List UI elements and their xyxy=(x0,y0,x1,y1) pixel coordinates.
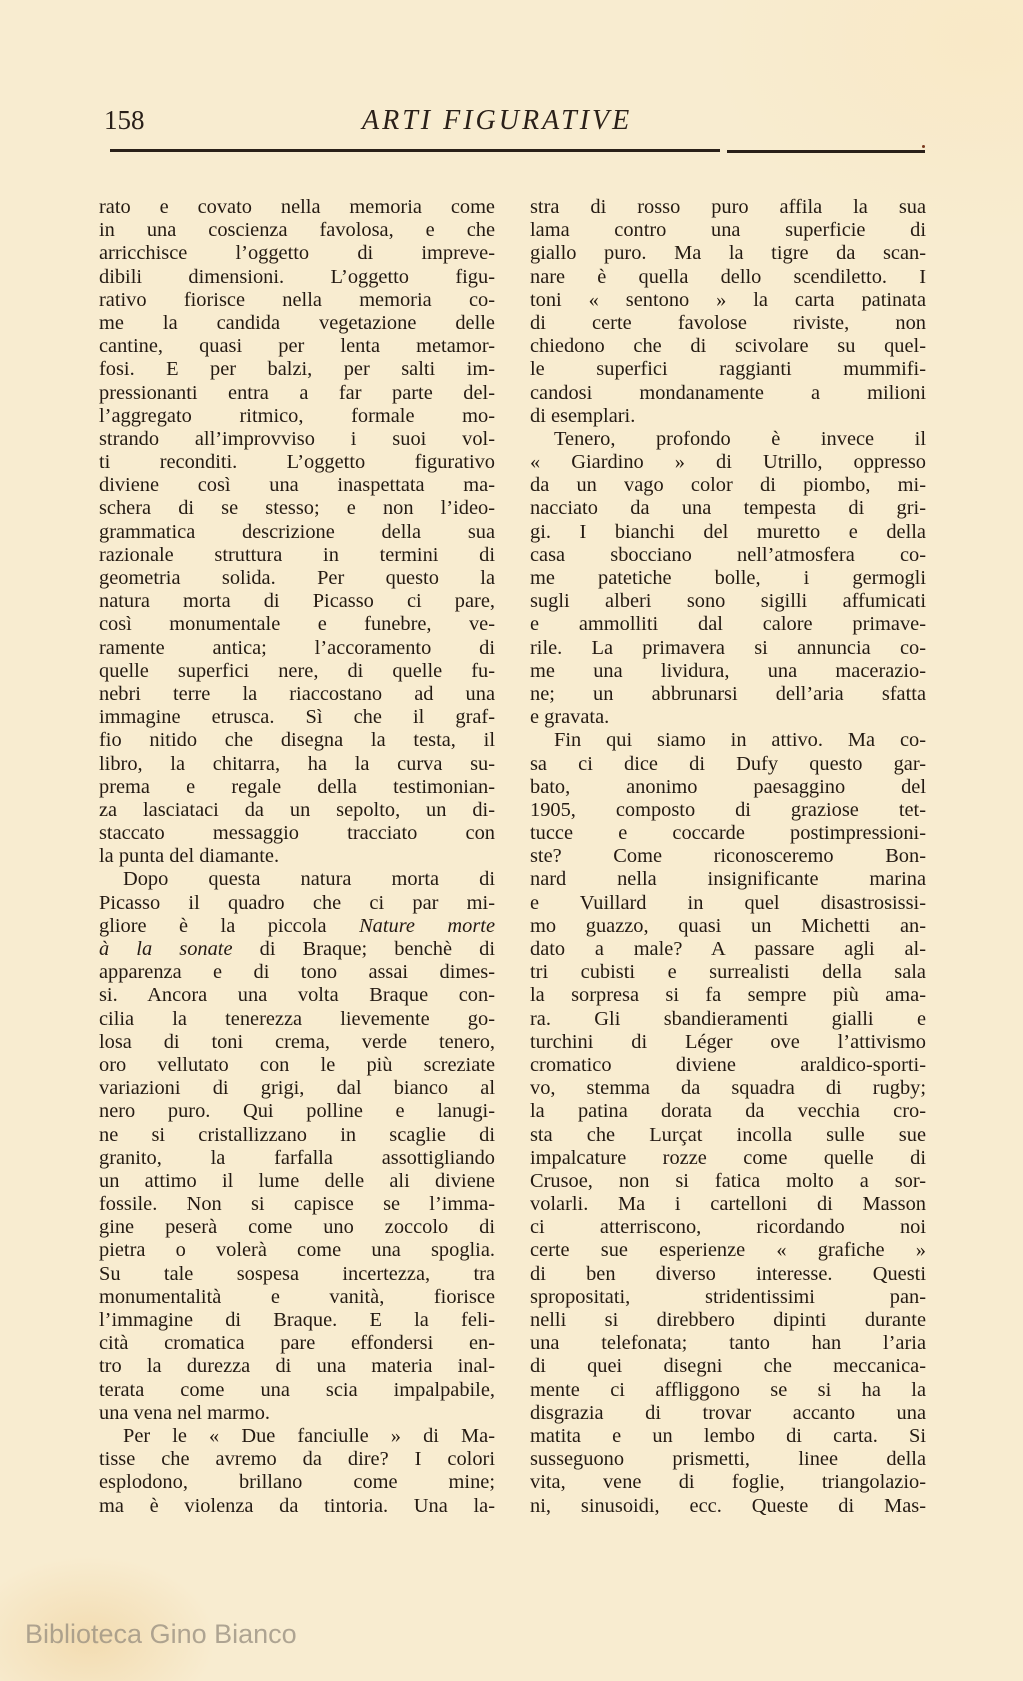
text-span: gliore è la piccola xyxy=(99,915,359,937)
library-watermark: Biblioteca Gino Bianco xyxy=(25,1619,297,1650)
text-line: monumentalità e vanità, fiorisce xyxy=(99,1286,495,1309)
text-line: oro vellutato con le più screziate xyxy=(99,1054,495,1077)
paragraph-start: Per le « Due fanciulle » di Ma- xyxy=(99,1425,495,1448)
header-rule-right xyxy=(727,150,925,153)
text-line: pietra o volerà come una spoglia. xyxy=(99,1239,495,1262)
text-line: staccato messaggio tracciato con xyxy=(99,822,495,845)
page-header: 158 ARTI FIGURATIVE xyxy=(104,103,930,143)
text-line: disgrazia di trovar accanto una xyxy=(530,1402,926,1425)
text-line: impalcature rozze come quelle di xyxy=(530,1147,926,1170)
text-line: un attimo il lume delle ali diviene xyxy=(99,1170,495,1193)
text-line: e Vuillard in quel disastrosissi- xyxy=(530,892,926,915)
text-line: volarli. Ma i cartelloni di Masson xyxy=(530,1193,926,1216)
text-line: pressionanti entra a far parte del- xyxy=(99,382,495,405)
text-line: sa ci dice di Dufy questo gar- xyxy=(530,753,926,776)
text-line: terata come una scia impalpabile, xyxy=(99,1379,495,1402)
text-line: dibili dimensioni. L’oggetto figu- xyxy=(99,266,495,289)
text-line: rativo fiorisce nella memoria co- xyxy=(99,289,495,312)
text-line: tro la durezza di una materia inal- xyxy=(99,1355,495,1378)
paragraph-start: Tenero, profondo è invece il xyxy=(530,428,926,451)
text-line: ci atterriscono, ricordando noi xyxy=(530,1216,926,1239)
text-line: nacciato da una tempesta di gri- xyxy=(530,497,926,520)
text-line: esplodono, brillano come mine; xyxy=(99,1471,495,1494)
text-line: vo, stemma da squadra di rugby; xyxy=(530,1077,926,1100)
text-line: schera di se stesso; e non l’ideo- xyxy=(99,497,495,520)
left-column: rato e covato nella memoria come in una … xyxy=(99,196,495,1518)
text-line: cilia la tenerezza lievemente go- xyxy=(99,1008,495,1031)
text-line: rile. La primavera si annuncia co- xyxy=(530,637,926,660)
text-line: la sorpresa si fa sempre più ama- xyxy=(530,984,926,1007)
paragraph-start: Fin qui siamo in attivo. Ma co- xyxy=(530,729,926,752)
text-line: cantine, quasi per lenta metamor- xyxy=(99,335,495,358)
header-rule xyxy=(110,149,720,152)
text-line: toni « sentono » la carta patinata xyxy=(530,289,926,312)
text-line: turchini di Léger ove l’attivismo xyxy=(530,1031,926,1054)
text-line: susseguono prismetti, linee della xyxy=(530,1448,926,1471)
text-line: natura morta di Picasso ci pare, xyxy=(99,590,495,613)
artwork-title-italic: à la sonate xyxy=(99,938,233,960)
text-line: di certe favolose riviste, non xyxy=(530,312,926,335)
text-line: chiedono che di scivolare su quel- xyxy=(530,335,926,358)
book-page: 158 ARTI FIGURATIVE rato e covato nella … xyxy=(0,0,1023,1681)
text-line: giallo puro. Ma la tigre da scan- xyxy=(530,242,926,265)
text-line: 1905, composto di graziose tet- xyxy=(530,799,926,822)
text-line: granito, la farfalla assottigliando xyxy=(99,1147,495,1170)
text-line: di esemplari. xyxy=(530,405,926,428)
text-line: ra. Gli sbandieramenti gialli e xyxy=(530,1008,926,1031)
page-number: 158 xyxy=(104,105,145,136)
text-line: di quei disegni che meccanica- xyxy=(530,1355,926,1378)
text-line: Picasso il quadro che ci par mi- xyxy=(99,892,495,915)
text-line: si. Ancora una volta Braque con- xyxy=(99,984,495,1007)
text-line: variazioni di grigi, dal bianco al xyxy=(99,1077,495,1100)
text-line: losa di toni crema, verde tenero, xyxy=(99,1031,495,1054)
text-line: immagine etrusca. Sì che il graf- xyxy=(99,706,495,729)
text-line: za lasciataci da un sepolto, un di- xyxy=(99,799,495,822)
text-line: quelle superfici nere, di quelle fu- xyxy=(99,660,495,683)
text-line: me patetiche bolle, i germogli xyxy=(530,567,926,590)
text-line: e gravata. xyxy=(530,706,926,729)
text-line: arricchisce l’oggetto di impreve- xyxy=(99,242,495,265)
text-line: la patina dorata da vecchia cro- xyxy=(530,1100,926,1123)
text-line-with-italic: gliore è la piccola Nature morte xyxy=(99,915,495,938)
text-line: fio nitido che disegna la testa, il xyxy=(99,729,495,752)
text-line: cromatico diviene araldico-sporti- xyxy=(530,1054,926,1077)
text-line: diviene così una inaspettata ma- xyxy=(99,474,495,497)
paragraph-start: Dopo questa natura morta di xyxy=(99,868,495,891)
ink-dot xyxy=(922,145,925,148)
text-line: nero puro. Qui polline e lanugi- xyxy=(99,1100,495,1123)
text-line: sugli alberi sono sigilli affumicati xyxy=(530,590,926,613)
text-line: strando all’improvviso i suoi vol- xyxy=(99,428,495,451)
text-line: tisse che avremo da dire? I colori xyxy=(99,1448,495,1471)
text-line: Crusoe, non si fatica molto a sor- xyxy=(530,1170,926,1193)
text-line: gi. I bianchi del muretto e della xyxy=(530,521,926,544)
text-line: ni, sinusoidi, ecc. Queste di Mas- xyxy=(530,1495,926,1518)
text-line: una telefonata; tanto han l’aria xyxy=(530,1332,926,1355)
text-line: razionale struttura in termini di xyxy=(99,544,495,567)
text-line: grammatica descrizione della sua xyxy=(99,521,495,544)
text-line: me la candida vegetazione delle xyxy=(99,312,495,335)
text-line: in una coscienza favolosa, e che xyxy=(99,219,495,242)
text-line: nard nella insignificante marina xyxy=(530,868,926,891)
text-line: ne si cristallizzano in scaglie di xyxy=(99,1124,495,1147)
text-line: gine peserà come uno zoccolo di xyxy=(99,1216,495,1239)
text-line: rato e covato nella memoria come xyxy=(99,196,495,219)
text-line: candosi mondanamente a milioni xyxy=(530,382,926,405)
running-title: ARTI FIGURATIVE xyxy=(362,105,632,137)
text-line: nare è quella dello scendiletto. I xyxy=(530,266,926,289)
text-line: la punta del diamante. xyxy=(99,845,495,868)
text-line: così monumentale e funebre, ve- xyxy=(99,613,495,636)
artwork-title-italic: Nature morte xyxy=(359,915,495,937)
text-line: tri cubisti e surrealisti della sala xyxy=(530,961,926,984)
text-line: cità cromatica pare effondersi en- xyxy=(99,1332,495,1355)
right-column: stra di rosso puro affila la sua lama co… xyxy=(530,196,926,1518)
text-line: di ben diverso interesse. Questi xyxy=(530,1263,926,1286)
text-line-with-italic: à la sonate di Braque; benchè di xyxy=(99,938,495,961)
text-line: ste? Come riconosceremo Bon- xyxy=(530,845,926,868)
text-line: tucce e coccarde postimpressioni- xyxy=(530,822,926,845)
text-line: lama contro una superficie di xyxy=(530,219,926,242)
text-line: nelli si direbbero dipinti durante xyxy=(530,1309,926,1332)
text-line: e ammolliti dal calore primave- xyxy=(530,613,926,636)
text-line: « Giardino » di Utrillo, oppresso xyxy=(530,451,926,474)
text-line: geometria solida. Per questo la xyxy=(99,567,495,590)
text-line: ti reconditi. L’oggetto figurativo xyxy=(99,451,495,474)
text-line: mo guazzo, quasi un Michetti an- xyxy=(530,915,926,938)
text-line: stra di rosso puro affila la sua xyxy=(530,196,926,219)
text-line: libro, la chitarra, ha la curva su- xyxy=(99,753,495,776)
text-line: prema e regale della testimonian- xyxy=(99,776,495,799)
text-line: certe sue esperienze « grafiche » xyxy=(530,1239,926,1262)
text-line: vita, vene di foglie, triangolazio- xyxy=(530,1471,926,1494)
text-line: fosi. E per balzi, per salti im- xyxy=(99,358,495,381)
text-line: sta che Lurçat incolla sulle sue xyxy=(530,1124,926,1147)
text-span: di Braque; benchè di xyxy=(233,938,495,960)
text-line: spropositati, stridentissimi pan- xyxy=(530,1286,926,1309)
text-line: ma è violenza da tintoria. Una la- xyxy=(99,1495,495,1518)
text-line: apparenza e di tono assai dimes- xyxy=(99,961,495,984)
text-line: me una lividura, una macerazio- xyxy=(530,660,926,683)
text-line: l’immagine di Braque. E la feli- xyxy=(99,1309,495,1332)
text-line: le superfici raggianti mummifi- xyxy=(530,358,926,381)
text-line: bato, anonimo paesaggino del xyxy=(530,776,926,799)
text-line: una vena nel marmo. xyxy=(99,1402,495,1425)
text-line: l’aggregato ritmico, formale mo- xyxy=(99,405,495,428)
text-line: fossile. Non si capisce se l’imma- xyxy=(99,1193,495,1216)
text-line: Su tale sospesa incertezza, tra xyxy=(99,1263,495,1286)
text-line: dato a male? A passare agli al- xyxy=(530,938,926,961)
text-line: nebri terre la riaccostano ad una xyxy=(99,683,495,706)
text-line: ramente antica; l’accoramento di xyxy=(99,637,495,660)
text-line: da un vago color di piombo, mi- xyxy=(530,474,926,497)
text-line: mente ci affliggono se si ha la xyxy=(530,1379,926,1402)
text-line: ne; un abbrunarsi dell’aria sfatta xyxy=(530,683,926,706)
text-line: casa sbocciano nell’atmosfera co- xyxy=(530,544,926,567)
text-line: matita e un lembo di carta. Si xyxy=(530,1425,926,1448)
